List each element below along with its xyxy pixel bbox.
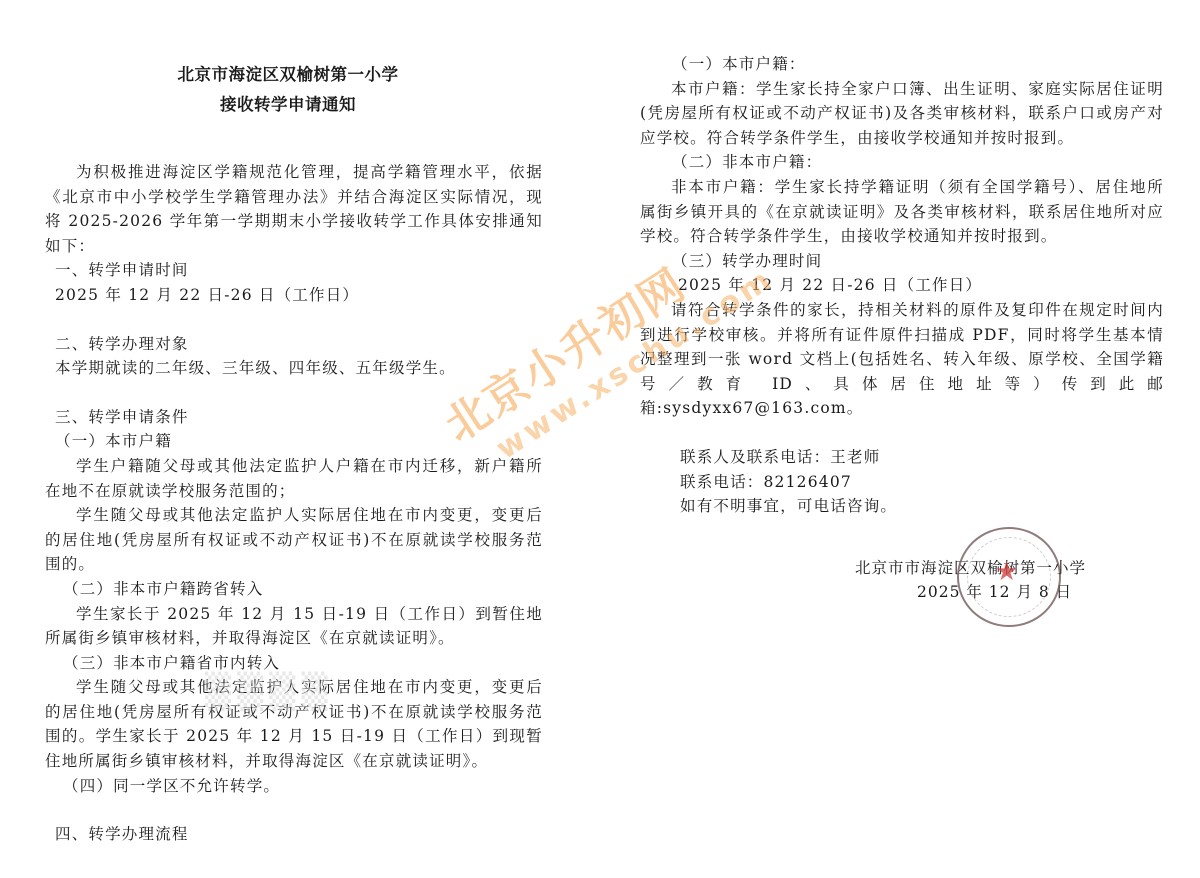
gray-watermark-shape: ▒▒▒▒ bbox=[205, 672, 475, 716]
section2-heading: 二、转学办理对象 bbox=[45, 332, 543, 357]
seal-star-icon: ★ bbox=[995, 559, 1018, 585]
contact-note: 如有不明事宜，可电话咨询。 bbox=[640, 494, 1164, 519]
section3-sub2-heading: （二）非本市户籍跨省转入 bbox=[45, 577, 543, 602]
document-title-school: 北京市海淀区双榆树第一小学 bbox=[33, 60, 543, 90]
contact-phone: 联系电话：82126407 bbox=[640, 470, 1164, 495]
section1-body: 2025 年 12 月 22 日-26 日（工作日） bbox=[45, 283, 543, 308]
section3-sub1-para1: 学生户籍随父母或其他法定监护人户籍在市内迁移，新户籍所在地不在原就读学校服务范围… bbox=[45, 454, 543, 503]
right-column: （一）本市户籍： 本市户籍：学生家长持全家户口簿、出生证明、家庭实际居住证明(凭… bbox=[640, 52, 1164, 519]
section4-sub2-body: 非本市户籍：学生家长持学籍证明（须有全国学籍号）、居住地所属街乡镇开具的《在京就… bbox=[640, 175, 1164, 249]
section4-sub3-heading: （三）转学办理时间 bbox=[640, 249, 1164, 274]
contact-person: 联系人及联系电话：王老师 bbox=[640, 445, 1164, 470]
section1-heading: 一、转学申请时间 bbox=[45, 258, 543, 283]
section3-sub4-heading: （四）同一学区不允许转学。 bbox=[45, 774, 543, 799]
intro-paragraph: 为积极推进海淀区学籍规范化管理，提高学籍管理水平，依据《北京市中小学校学生学籍管… bbox=[45, 160, 543, 258]
document-title-notice: 接收转学申请通知 bbox=[33, 90, 543, 120]
official-seal-icon: ★ bbox=[957, 527, 1061, 627]
section4-sub2-heading: （二）非本市户籍： bbox=[640, 150, 1164, 175]
section3-sub1-para2: 学生随父母或其他法定监护人实际居住地在市内变更，变更后的居住地(凭房屋所有权证或… bbox=[45, 503, 543, 577]
section4-sub1-heading: （一）本市户籍： bbox=[640, 52, 1164, 77]
section4-sub3-body: 请符合转学条件的家长，持相关材料的原件及复印件在规定时间内到进行学校审核。并将所… bbox=[640, 298, 1164, 421]
left-column: 北京市海淀区双榆树第一小学 接收转学申请通知 为积极推进海淀区学籍规范化管理，提… bbox=[45, 60, 543, 847]
section3-sub2-para1: 学生家长于 2025 年 12 月 15 日-19 日（工作日）到暂住地所属街乡… bbox=[45, 602, 543, 651]
section2-body: 本学期就读的二年级、三年级、四年级、五年级学生。 bbox=[45, 356, 543, 381]
section3-heading: 三、转学申请条件 bbox=[45, 405, 543, 430]
section4-sub3-date: 2025 年 12 月 22 日-26 日（工作日） bbox=[640, 273, 1164, 298]
section3-sub1-heading: （一）本市户籍 bbox=[45, 429, 543, 454]
section4-heading: 四、转学办理流程 bbox=[45, 822, 543, 847]
section4-sub1-body: 本市户籍：学生家长持全家户口簿、出生证明、家庭实际居住证明(凭房屋所有权证或不动… bbox=[640, 77, 1164, 151]
